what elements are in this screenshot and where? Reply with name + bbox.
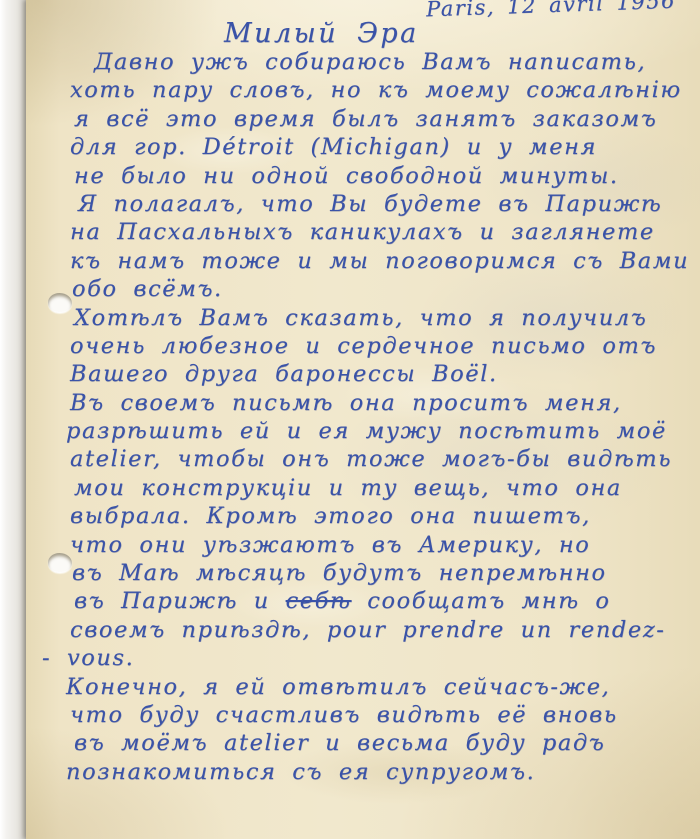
handwriting-text: Давно ужъ собираюсь Вамъ написать, bbox=[94, 49, 646, 75]
handwriting-text: Конечно, я ей отвѣтилъ сейчасъ-же, bbox=[66, 674, 610, 700]
handwriting-line: на Пасхальныхъ каникулахъ и заглянете bbox=[70, 218, 700, 246]
handwriting-line: Я полагалъ, что Вы будете въ Парижѣ bbox=[78, 190, 700, 218]
date-line: Paris, 12 avril 1956 bbox=[426, 0, 677, 21]
handwriting-line: своемъ приѣздѣ, pour prendre un rendez- bbox=[70, 616, 700, 644]
handwriting-line: - vous. bbox=[42, 644, 700, 672]
letter-body: Давно ужъ собираюсь Вамъ написать,хоть п… bbox=[70, 48, 700, 786]
handwriting-text: Хотѣлъ Вамъ сказать, что я получилъ bbox=[74, 305, 647, 331]
handwriting-line: познакомиться съ ея супругомъ. bbox=[66, 758, 700, 786]
handwriting-text: въ Маѣ мѣсяцѣ будутъ непремѣнно bbox=[72, 560, 607, 586]
handwriting-line: не было ни одной свободной минуты. bbox=[74, 162, 700, 190]
salutation: Милый Эра bbox=[224, 18, 419, 49]
handwriting-line: Въ своемъ письмѣ она проситъ меня, bbox=[70, 389, 700, 417]
hole-punch-bottom bbox=[48, 553, 72, 573]
handwriting-line: что они уѣзжаютъ въ Америку, но bbox=[70, 531, 700, 559]
handwriting-text: - vous. bbox=[42, 645, 134, 671]
handwriting-line: для гор. Détroit (Michigan) и у меня bbox=[70, 133, 700, 161]
handwriting-text: разрѣшить ей и ея мужу посѣтить моё bbox=[66, 418, 667, 444]
hole-punch-top bbox=[48, 293, 72, 313]
handwriting-line: въ Парижѣ и себѣ сообщатъ мнѣ о bbox=[74, 587, 700, 615]
handwriting-text: очень любезное и сердечное письмо отъ bbox=[70, 333, 657, 359]
handwriting-text: хоть пару словъ, но къ моему сожалѣнію bbox=[70, 77, 682, 103]
handwriting-text: что они уѣзжаютъ въ Америку, но bbox=[70, 532, 590, 558]
handwriting-text: на Пасхальныхъ каникулахъ и заглянете bbox=[70, 219, 655, 245]
handwriting-text: въ Парижѣ и bbox=[74, 588, 286, 614]
handwriting-line: Вашего друга баронессы Boël. bbox=[70, 360, 700, 388]
handwriting-line: atelier, чтобы онъ тоже могъ-бы видѣть bbox=[70, 445, 700, 473]
handwriting-text: я всё это время былъ занятъ заказомъ bbox=[74, 106, 657, 132]
paper-sheet: Paris, 12 avril 1956 Милый Эра Давно ужъ… bbox=[26, 0, 700, 839]
handwriting-line: въ Маѣ мѣсяцѣ будутъ непремѣнно bbox=[72, 559, 700, 587]
handwriting-text: къ намъ тоже и мы поговоримся съ Вами bbox=[70, 248, 689, 274]
handwriting-line: хоть пару словъ, но къ моему сожалѣнію bbox=[70, 76, 700, 104]
handwriting-text: мои конструкціи и ту вещь, что она bbox=[74, 475, 622, 501]
handwriting-text: не было ни одной свободной минуты. bbox=[74, 163, 619, 189]
handwriting-text: сообщатъ мнѣ о bbox=[352, 588, 611, 614]
handwriting-line: обо всёмъ. bbox=[72, 275, 700, 303]
handwriting-text: своемъ приѣздѣ, pour prendre un rendez- bbox=[70, 617, 666, 643]
handwriting-line: разрѣшить ей и ея мужу посѣтить моё bbox=[66, 417, 700, 445]
handwriting-line: выбрала. Кромѣ этого она пишетъ, bbox=[70, 502, 700, 530]
handwriting-line: Давно ужъ собираюсь Вамъ написать, bbox=[94, 48, 700, 76]
handwriting-text: выбрала. Кромѣ этого она пишетъ, bbox=[70, 503, 591, 529]
handwriting-line: Хотѣлъ Вамъ сказать, что я получилъ bbox=[74, 304, 700, 332]
strikethrough-word: себѣ bbox=[286, 588, 352, 614]
handwriting-line: мои конструкціи и ту вещь, что она bbox=[74, 474, 700, 502]
handwriting-text: въ моёмъ atelier и весьма буду радъ bbox=[74, 730, 605, 756]
handwriting-text: Я полагалъ, что Вы будете въ Парижѣ bbox=[78, 191, 662, 217]
handwriting-text: обо всёмъ. bbox=[72, 276, 223, 302]
handwriting-line: къ намъ тоже и мы поговоримся съ Вами bbox=[70, 247, 700, 275]
handwriting-line: въ моёмъ atelier и весьма буду радъ bbox=[74, 729, 700, 757]
handwriting-text: Вашего друга баронессы Boël. bbox=[70, 361, 498, 387]
handwriting-text: atelier, чтобы онъ тоже могъ-бы видѣть bbox=[70, 446, 672, 472]
handwriting-line: очень любезное и сердечное письмо отъ bbox=[70, 332, 700, 360]
handwriting-text: что буду счастливъ видѣть её вновь bbox=[70, 702, 618, 728]
handwriting-line: я всё это время былъ занятъ заказомъ bbox=[74, 105, 700, 133]
handwriting-text: познакомиться съ ея супругомъ. bbox=[66, 759, 535, 785]
handwriting-text: для гор. Détroit (Michigan) и у меня bbox=[70, 134, 597, 160]
handwriting-line: что буду счастливъ видѣть её вновь bbox=[70, 701, 700, 729]
handwriting-text: Въ своемъ письмѣ она проситъ меня, bbox=[70, 390, 622, 416]
handwriting-line: Конечно, я ей отвѣтилъ сейчасъ-же, bbox=[66, 673, 700, 701]
